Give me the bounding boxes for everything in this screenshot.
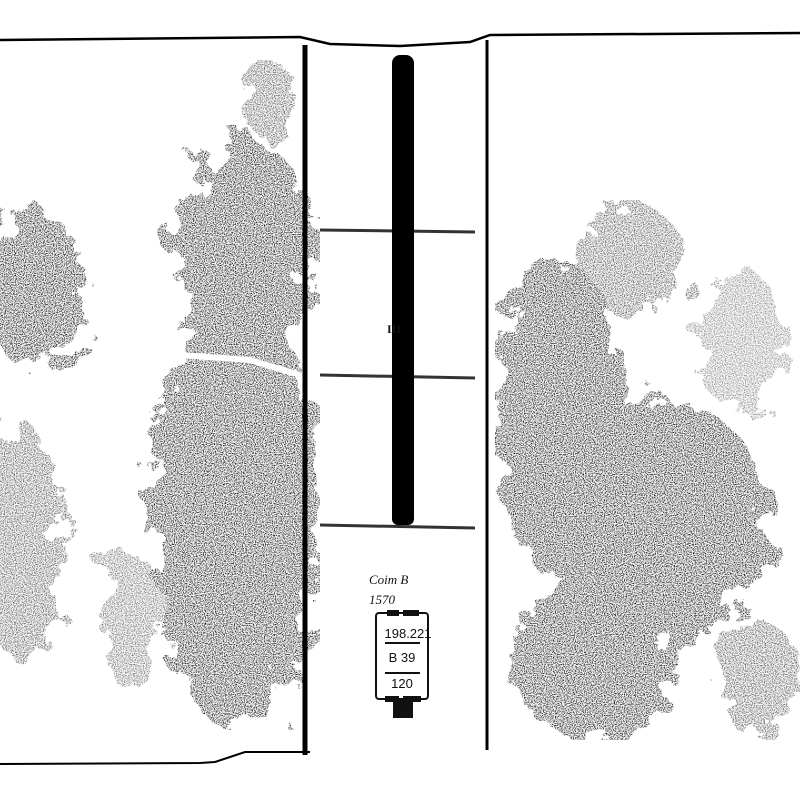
handwritten-spine-label: Coim B 1570 xyxy=(369,570,408,610)
shelfmark-line-3: 120 xyxy=(385,672,420,691)
shelfmark-label: 198.221 B 39 120 xyxy=(375,612,429,700)
spine-crease xyxy=(392,55,414,525)
stain-front-cover xyxy=(495,200,800,740)
stain-back-cover xyxy=(0,60,320,730)
top-edge xyxy=(0,33,800,46)
label-tape-top-right xyxy=(403,610,419,616)
handwritten-line-2: 1570 xyxy=(369,590,408,610)
bottom-edge xyxy=(0,752,310,764)
spine-tail-tag xyxy=(393,700,413,718)
handwritten-line-1: Coim B xyxy=(369,570,408,590)
shelfmark-line-1: 198.221 xyxy=(385,626,420,644)
shelfmark-line-2: B 39 xyxy=(377,650,427,665)
spine-tooling-mark: III xyxy=(387,322,401,337)
label-tape-top-left xyxy=(387,610,399,616)
